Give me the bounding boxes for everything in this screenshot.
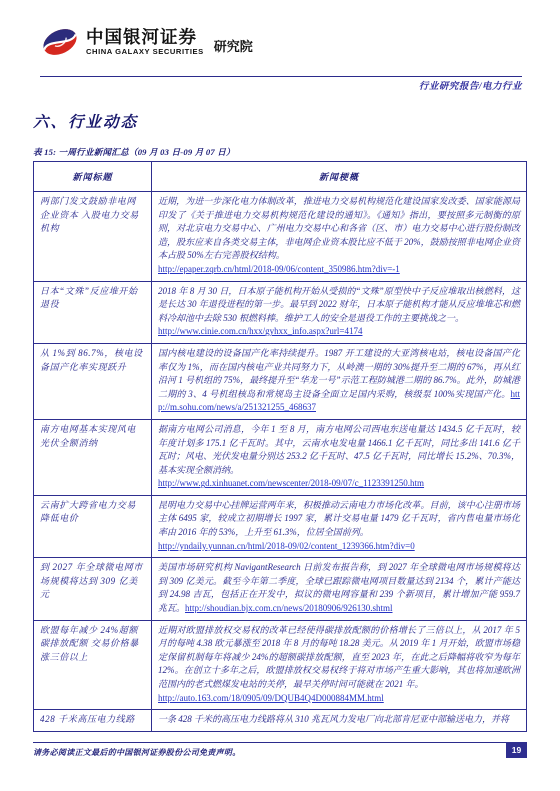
news-summary-cell: 近期，为进一步深化电力体制改革，推进电力交易机构规范化建设国家发改委、国家能源局… [152, 192, 527, 282]
table-row: 从 1%到 86.7%，核电设备国产化率实现跃升国内核电建设的设备国产化率持续提… [34, 343, 527, 419]
table-row: 南方电网基本实现风电光伏全额消纳据南方电网公司消息，今年 1 至 8 月，南方电… [34, 419, 527, 495]
news-link[interactable]: http://auto.163.com/18/0905/09/DQUB4Q4D0… [158, 693, 384, 703]
section-title: 六、行业动态 [33, 110, 527, 132]
brand-name-en: CHINA GALAXY SECURITIES [86, 47, 204, 56]
news-summary-cell: 2018 年 8 月 30 日，日本原子能机构开始从受损的“文殊”原型快中子反应… [152, 281, 527, 343]
news-summary-text: 一条 428 千米的高压电力线路将从 310 兆瓦风力发电厂向北部肯尼亚中部输送… [158, 714, 509, 724]
news-link-line: http://www.cinie.com.cn/hxx/gyhxx_info.a… [158, 325, 520, 339]
news-link[interactable]: http://www.cinie.com.cn/hxx/gyhxx_info.a… [158, 326, 362, 336]
news-summary-cell: 国内核电建设的设备国产化率持续提升。1987 开工建设的大亚湾核电站，核电设备国… [152, 343, 527, 419]
news-summary-cell: 昆明电力交易中心挂牌运营两年来，积极推动云南电力市场化改革。目前，该中心注册市场… [152, 495, 527, 557]
brand-dept: 研究院 [214, 30, 253, 55]
table-caption: 表 15: 一周行业新闻汇总（09 月 03 日-09 月 07 日） [33, 146, 527, 158]
news-table-body: 两部门发文鼓励非电网企业资本 入股电力交易机构近期，为进一步深化电力体制改革，推… [34, 192, 527, 732]
news-summary-text: 近期，为进一步深化电力体制改革，推进电力交易机构规范化建设国家发改委、国家能源局… [158, 196, 520, 260]
news-summary-text: 据南方电网公司消息，今年 1 至 8 月，南方电网公司西电东送电量达 1434.… [158, 424, 520, 475]
news-title-cell: 欧盟每年减少 24%超额碳排放配额 交易价格暴涨三倍以上 [34, 620, 152, 710]
news-link-line: http://www.gd.xinhuanet.com/newscenter/2… [158, 477, 520, 491]
news-summary-cell: 美国市场研究机构 NavigantResearch 日前发布报告称，到 2027… [152, 558, 527, 620]
news-summary-text: 国内核电建设的设备国产化率持续提升。1987 开工建设的大亚湾核电站，核电设备国… [158, 348, 520, 399]
table-row: 云南扩大跨省电力交易降低电价昆明电力交易中心挂牌运营两年来，积极推动云南电力市场… [34, 495, 527, 557]
news-link[interactable]: http://shoudian.bjx.com.cn/news/20180906… [185, 603, 393, 613]
news-summary-cell: 近期对欧盟排放权交易权的改革已经使得碳排放配额的价格增长了三倍以上，从 2017… [152, 620, 527, 710]
news-summary-text: 昆明电力交易中心挂牌运营两年来，积极推动云南电力市场化改革。目前，该中心注册市场… [158, 500, 520, 537]
col-header-title: 新闻标题 [34, 162, 152, 192]
news-title-cell: 到 2027 年全球微电网市场规模将达到 309 亿美元 [34, 558, 152, 620]
table-row: 两部门发文鼓励非电网企业资本 入股电力交易机构近期，为进一步深化电力体制改革，推… [34, 192, 527, 282]
news-link[interactable]: http://www.gd.xinhuanet.com/newscenter/2… [158, 478, 424, 488]
brand-name-cn: 中国银河证券 [86, 28, 204, 47]
news-table: 新闻标题 新闻梗概 两部门发文鼓励非电网企业资本 入股电力交易机构近期，为进一步… [33, 161, 527, 732]
news-summary-cell: 一条 428 千米的高压电力线路将从 310 兆瓦风力发电厂向北部肯尼亚中部输送… [152, 710, 527, 732]
table-row: 428 千米高压电力线路一条 428 千米的高压电力线路将从 310 兆瓦风力发… [34, 710, 527, 732]
news-link-line: http://auto.163.com/18/0905/09/DQUB4Q4D0… [158, 692, 520, 706]
page-content: 六、行业动态 表 15: 一周行业新闻汇总（09 月 03 日-09 月 07 … [33, 110, 527, 732]
news-link[interactable]: http://epaper.zqrb.cn/html/2018-09/06/co… [158, 264, 400, 274]
news-link-line: http://epaper.zqrb.cn/html/2018-09/06/co… [158, 263, 520, 277]
galaxy-logo-icon [40, 24, 80, 60]
news-title-cell: 日本“文殊”反应堆开始退役 [34, 281, 152, 343]
news-summary-text: 近期对欧盟排放权交易权的改革已经使得碳排放配额的价格增长了三倍以上，从 2017… [158, 625, 520, 689]
table-row: 欧盟每年减少 24%超额碳排放配额 交易价格暴涨三倍以上近期对欧盟排放权交易权的… [34, 620, 527, 710]
brand-block: 中国银河证券 CHINA GALAXY SECURITIES 研究院 [40, 24, 522, 60]
footer-divider [33, 742, 527, 743]
news-title-cell: 从 1%到 86.7%，核电设备国产化率实现跃升 [34, 343, 152, 419]
news-summary-text: 2018 年 8 月 30 日，日本原子能机构开始从受损的“文殊”原型快中子反应… [158, 286, 520, 323]
page-number-badge: 19 [506, 742, 527, 758]
table-header-row: 新闻标题 新闻梗概 [34, 162, 527, 192]
report-type-label: 行业研究报告/电力行业 [419, 78, 522, 92]
news-link-line: http://yndaily.yunnan.cn/html/2018-09/02… [158, 540, 520, 554]
table-row: 到 2027 年全球微电网市场规模将达到 309 亿美元美国市场研究机构 Nav… [34, 558, 527, 620]
news-summary-cell: 据南方电网公司消息，今年 1 至 8 月，南方电网公司西电东送电量达 1434.… [152, 419, 527, 495]
table-row: 日本“文殊”反应堆开始退役2018 年 8 月 30 日，日本原子能机构开始从受… [34, 281, 527, 343]
report-page: 中国银河证券 CHINA GALAXY SECURITIES 研究院 行业研究报… [0, 0, 560, 791]
brand-text: 中国银河证券 CHINA GALAXY SECURITIES [86, 28, 204, 56]
col-header-summary: 新闻梗概 [152, 162, 527, 192]
header-divider [40, 76, 522, 77]
news-title-cell: 428 千米高压电力线路 [34, 710, 152, 732]
page-footer: 请务必阅读正文最后的中国银河证券股份公司免责声明。 19 [33, 742, 527, 758]
news-link[interactable]: http://yndaily.yunnan.cn/html/2018-09/02… [158, 541, 415, 551]
news-title-cell: 南方电网基本实现风电光伏全额消纳 [34, 419, 152, 495]
page-header: 中国银河证券 CHINA GALAXY SECURITIES 研究院 行业研究报… [40, 24, 522, 78]
disclaimer-text: 请务必阅读正文最后的中国银河证券股份公司免责声明。 [33, 747, 527, 758]
news-title-cell: 云南扩大跨省电力交易降低电价 [34, 495, 152, 557]
news-title-cell: 两部门发文鼓励非电网企业资本 入股电力交易机构 [34, 192, 152, 282]
